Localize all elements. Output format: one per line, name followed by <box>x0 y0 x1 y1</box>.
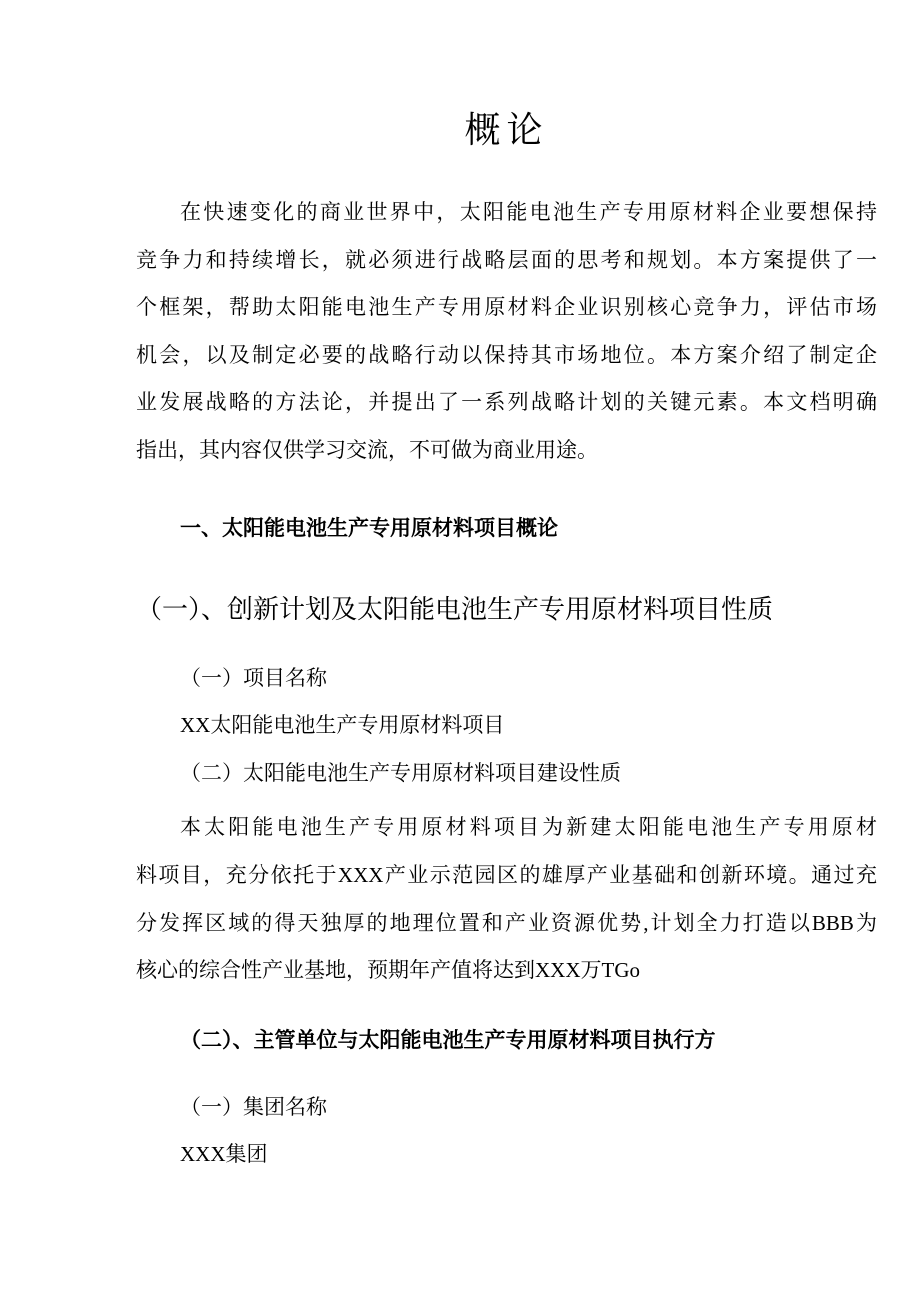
intro-line: 在快速变化的商业世界中，太阳能电池生产专用原材料企业要想保持 <box>136 189 877 237</box>
project-info-block: （一）项目名称 XX太阳能电池生产专用原材料项目 （二）太阳能电池生产专用原材料… <box>136 655 877 798</box>
group-name-value: XXX集团 <box>136 1131 877 1179</box>
intro-line: 机会，以及制定必要的战略行动以保持其市场地位。本方案介绍了制定企 <box>136 332 877 380</box>
intro-line: 指出，其内容仅供学习交流，不可做为商业用途。 <box>136 427 877 475</box>
intro-line: 个框架，帮助太阳能电池生产专用原材料企业识别核心竞争力，评估市场 <box>136 284 877 332</box>
intro-line: 竞争力和持续增长，就必须进行战略层面的思考和规划。本方案提供了一 <box>136 237 877 285</box>
nature-line: 分发挥区域的得天独厚的地理位置和产业资源优势,计划全力打造以BBB为 <box>136 900 877 948</box>
subsection-heading-innovation-plan: （一）、创新计划及太阳能电池生产专用原材料项目性质 <box>136 590 877 630</box>
nature-line: 核心的综合性产业基地，预期年产值将达到XXX万TGo <box>136 947 877 995</box>
nature-line: 料项目，充分依托于XXX产业示范园区的雄厚产业基础和创新环境。通过充 <box>136 852 877 900</box>
section-heading-overview: 一、太阳能电池生产专用原材料项目概论 <box>136 514 877 542</box>
nature-line: 本太阳能电池生产专用原材料项目为新建太阳能电池生产专用原材 <box>136 804 877 852</box>
document-title: 概论 <box>136 105 877 155</box>
document-page: 概论 在快速变化的商业世界中，太阳能电池生产专用原材料企业要想保持 竞争力和持续… <box>136 105 877 1179</box>
project-name-label: （一）项目名称 <box>136 655 877 703</box>
nature-paragraph: 本太阳能电池生产专用原材料项目为新建太阳能电池生产专用原材 料项目，充分依托于X… <box>136 804 877 994</box>
intro-paragraph: 在快速变化的商业世界中，太阳能电池生产专用原材料企业要想保持 竞争力和持续增长，… <box>136 189 877 475</box>
project-nature-label: （二）太阳能电池生产专用原材料项目建设性质 <box>136 750 877 798</box>
project-name-value: XX太阳能电池生产专用原材料项目 <box>136 702 877 750</box>
group-info-block: （一）集团名称 XXX集团 <box>136 1084 877 1179</box>
subsection-heading-supervising-unit: （二）、主管单位与太阳能电池生产专用原材料项目执行方 <box>136 1026 877 1054</box>
intro-line: 业发展战略的方法论，并提出了一系列战略计划的关键元素。本文档明确 <box>136 379 877 427</box>
group-name-label: （一）集团名称 <box>136 1084 877 1132</box>
